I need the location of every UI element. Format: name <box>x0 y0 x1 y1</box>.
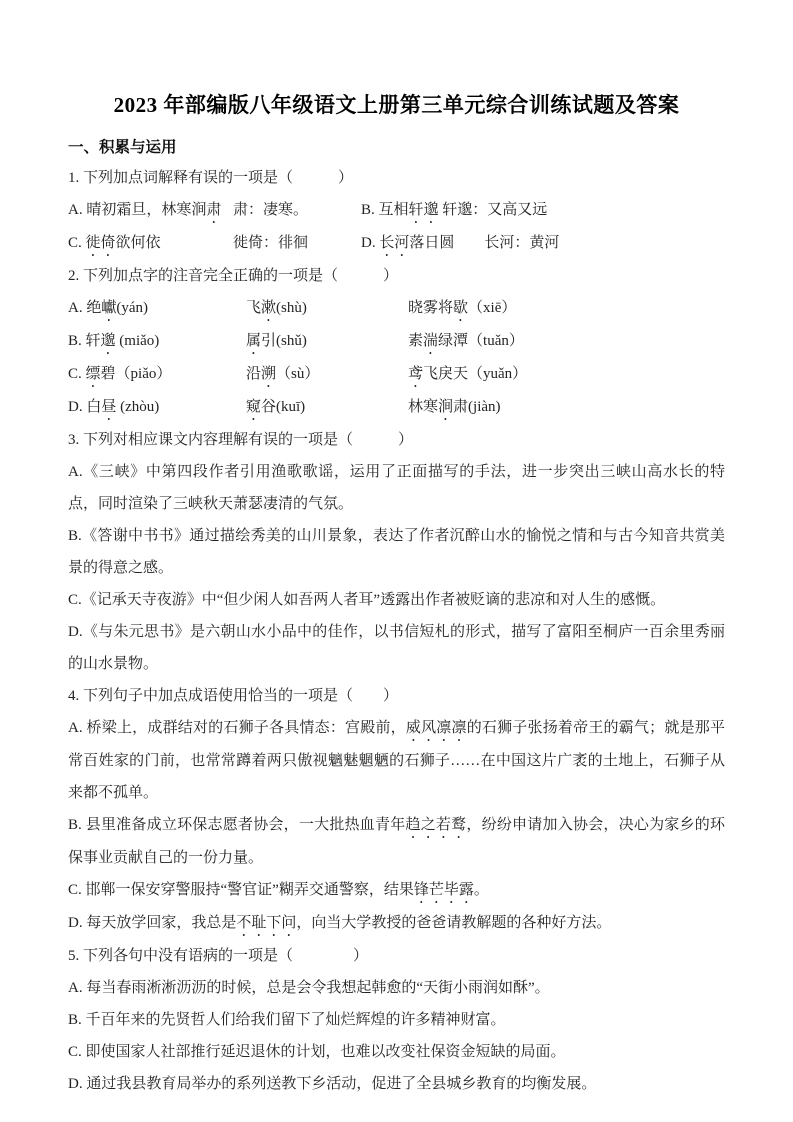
q4-stem: 4. 下列句子中加点成语使用恰当的一项是（ ） <box>68 680 725 712</box>
q4-option-d: D. 每天放学回家，我总是不耻下问，向当大学教授的爸爸请教解题的各种好方法。 <box>68 907 725 940</box>
q3-option-c: C.《记承天寺夜游》中“但少闲人如吾两人者耳”透露出作者被贬谪的悲凉和对人生的感… <box>68 584 725 616</box>
text-segment: 引(shǔ) <box>261 333 307 349</box>
q2-option-b-word-1: B. 轩邈 (miǎo) <box>68 325 246 358</box>
text-segment: C. 邯郸一保安穿警服持“警官证”糊弄交通警察，结果 <box>68 882 414 898</box>
text-segment: (miǎo) <box>116 333 160 349</box>
q3-option-b: B.《答谢中书书》通过描绘秀美的山川景象，表达了作者沉醉山水的愉悦之情和与古今知… <box>68 520 725 584</box>
text-segment: 肃：凄寒。 <box>233 202 308 218</box>
document-title: 2023 年部编版八年级语文上册第三单元综合训练试题及答案 <box>68 90 725 120</box>
text-segment: 谷(kuī) <box>261 399 305 415</box>
text-segment: 晓雾将 <box>408 300 453 316</box>
emphasized-text: 不耻下问 <box>236 915 296 931</box>
text-segment: D. 白 <box>68 399 101 415</box>
q2-option-d-word-1: D. 白昼 (zhòu) <box>68 391 246 424</box>
emphasized-text: 肃 <box>206 202 221 218</box>
q2-option-b-word-2: 属引(shǔ) <box>246 325 408 358</box>
document-page: 2023 年部编版八年级语文上册第三单元综合训练试题及答案 一、积累与运用 1.… <box>0 0 793 1122</box>
text-segment: 林寒 <box>408 399 438 415</box>
text-segment: 落日圆 长河：黄河 <box>409 235 559 251</box>
q5-option-a: A. 每当春雨淅淅沥沥的时候，总是会令我想起韩愈的“天街小雨润如酥”。 <box>68 972 725 1004</box>
q1-stem: 1. 下列加点词解释有误的一项是（ ） <box>68 162 725 194</box>
q1-option-a-gloss: 肃：凄寒。 <box>233 194 361 227</box>
text-segment: C. <box>68 235 86 251</box>
emphasized-text: 昼 <box>101 399 116 415</box>
q2-stem: 2. 下列加点字的注音完全正确的一项是（ ） <box>68 260 725 292</box>
emphasized-text: 属 <box>246 333 261 349</box>
q2-option-a-word-2: 飞漱(shù) <box>246 292 408 325</box>
text-segment: (zhòu) <box>116 399 159 415</box>
emphasized-text: 漱 <box>261 300 276 316</box>
q2-option-c-word-3: 鸢飞戾天（yuǎn） <box>408 358 725 391</box>
text-segment: 欲何依 <box>116 235 161 251</box>
q1-option-b: B. 互相轩邈 轩邈：又高又远 <box>361 194 725 227</box>
emphasized-text: 溯 <box>261 366 276 382</box>
section-heading: 一、积累与运用 <box>68 134 725 162</box>
q2-option-b-word-3: 素湍绿潭（tuǎn） <box>408 325 725 358</box>
text-segment: ，向当大学教授的爸爸请教解题的各种好方法。 <box>296 915 611 931</box>
emphasized-text: 轩邈 <box>409 202 439 218</box>
q1-option-c: C. 徙倚欲何依 <box>68 227 233 260</box>
q1-option-a: A. 晴初霜旦，林寒涧肃 <box>68 194 233 227</box>
emphasized-text: 鸢 <box>408 366 423 382</box>
q3-stem: 3. 下列对相应课文内容理解有误的一项是（ ） <box>68 424 725 456</box>
text-segment: C. <box>68 366 86 382</box>
q1-option-c-gloss: 徙倚：徘徊 <box>233 227 361 260</box>
text-segment: 素 <box>408 333 423 349</box>
emphasized-text: 徙倚 <box>86 235 116 251</box>
q3-option-d: D.《与朱元思书》是六朝山水小品中的佳作，以书信短札的形式，描写了富阳至桐庐一百… <box>68 616 725 680</box>
emphasized-text: 邈 <box>101 333 116 349</box>
text-segment: 肃(jiàn) <box>453 399 500 415</box>
text-segment: 。 <box>474 882 489 898</box>
text-segment: D. <box>361 235 379 251</box>
emphasized-text: 涧 <box>438 399 453 415</box>
emphasized-text: 缥 <box>86 366 101 382</box>
text-segment: 飞 <box>246 300 261 316</box>
emphasized-text: 趋之若鹜 <box>405 817 466 833</box>
text-segment: (yán) <box>116 300 148 316</box>
text-segment: 碧（piǎo） <box>101 366 172 382</box>
q5-option-b: B. 千百年来的先贤哲人们给我们留下了灿烂辉煌的许多精神财富。 <box>68 1004 725 1036</box>
emphasized-text: 长河 <box>379 235 409 251</box>
q3-option-a: A.《三峡》中第四段作者引用渔歌歌谣，运用了正面描写的手法，进一步突出三峡山高水… <box>68 456 725 520</box>
q2-option-d-word-2: 窥谷(kuī) <box>246 391 408 424</box>
text-segment: (shù) <box>276 300 307 316</box>
text-segment: A. 晴初霜旦，林寒涧 <box>68 202 206 218</box>
emphasized-text: 歇 <box>453 300 468 316</box>
q1-options-row-2: C. 徙倚欲何依 徙倚：徘徊 D. 长河落日圆 长河：黄河 <box>68 227 725 260</box>
q2-option-b-row: B. 轩邈 (miǎo) 属引(shǔ) 素湍绿潭（tuǎn） <box>68 325 725 358</box>
q2-option-a-row: A. 绝巘(yán) 飞漱(shù) 晓雾将歇（xiē） <box>68 292 725 325</box>
q1-options-row-1: A. 晴初霜旦，林寒涧肃 肃：凄寒。 B. 互相轩邈 轩邈：又高又远 <box>68 194 725 227</box>
text-segment: B. 互相 <box>361 202 409 218</box>
q5-option-c: C. 即使国家人社部推行延迟退休的计划，也难以改变社保资金短缺的局面。 <box>68 1036 725 1068</box>
q4-option-a: A. 桥梁上，成群结对的石狮子各具情态：宫殿前，威风凛凛的石狮子张扬着帝王的霸气… <box>68 712 725 809</box>
text-segment: 沿 <box>246 366 261 382</box>
q2-option-d-row: D. 白昼 (zhòu) 窥谷(kuī) 林寒涧肃(jiàn) <box>68 391 725 424</box>
emphasized-text: 巘 <box>101 300 116 316</box>
q2-option-c-word-2: 沿溯（sù） <box>246 358 408 391</box>
emphasized-text: 锋芒毕露 <box>414 882 474 898</box>
text-segment: D. 每天放学回家，我总是 <box>68 915 236 931</box>
q2-option-a-word-3: 晓雾将歇（xiē） <box>408 292 725 325</box>
text-segment: B. 轩 <box>68 333 101 349</box>
q2-option-c-word-1: C. 缥碧（piǎo） <box>68 358 246 391</box>
q2-option-a-word-1: A. 绝巘(yán) <box>68 292 246 325</box>
emphasized-text: 窥 <box>246 399 261 415</box>
text-segment: A. 桥梁上，成群结对的石狮子各具情态：宫殿前， <box>68 720 406 736</box>
q5-stem: 5. 下列各句中没有语病的一项是（ ） <box>68 940 725 972</box>
text-segment: （sù） <box>276 366 319 382</box>
text-segment: 绿潭（tuǎn） <box>438 333 524 349</box>
q1-option-d: D. 长河落日圆 长河：黄河 <box>361 227 725 260</box>
q4-option-b: B. 县里准备成立环保志愿者协会，一大批热血青年趋之若鹜，纷纷申请加入协会，决心… <box>68 809 725 874</box>
text-segment: A. 绝 <box>68 300 101 316</box>
q4-option-c: C. 邯郸一保安穿警服持“警官证”糊弄交通警察，结果锋芒毕露。 <box>68 874 725 907</box>
text-segment: B. 县里准备成立环保志愿者协会，一大批热血青年 <box>68 817 405 833</box>
q2-option-c-row: C. 缥碧（piǎo） 沿溯（sù） 鸢飞戾天（yuǎn） <box>68 358 725 391</box>
text-segment: 轩邈：又高又远 <box>439 202 548 218</box>
text-segment: 徙倚：徘徊 <box>233 235 308 251</box>
text-segment: （xiē） <box>468 300 516 316</box>
text-segment: 飞戾天（yuǎn） <box>423 366 527 382</box>
emphasized-text: 湍 <box>423 333 438 349</box>
q2-option-d-word-3: 林寒涧肃(jiàn) <box>408 391 725 424</box>
q5-option-d: D. 通过我县教育局举办的系列送教下乡活动，促进了全县城乡教育的均衡发展。 <box>68 1068 725 1100</box>
emphasized-text: 威风凛凛 <box>406 720 467 736</box>
